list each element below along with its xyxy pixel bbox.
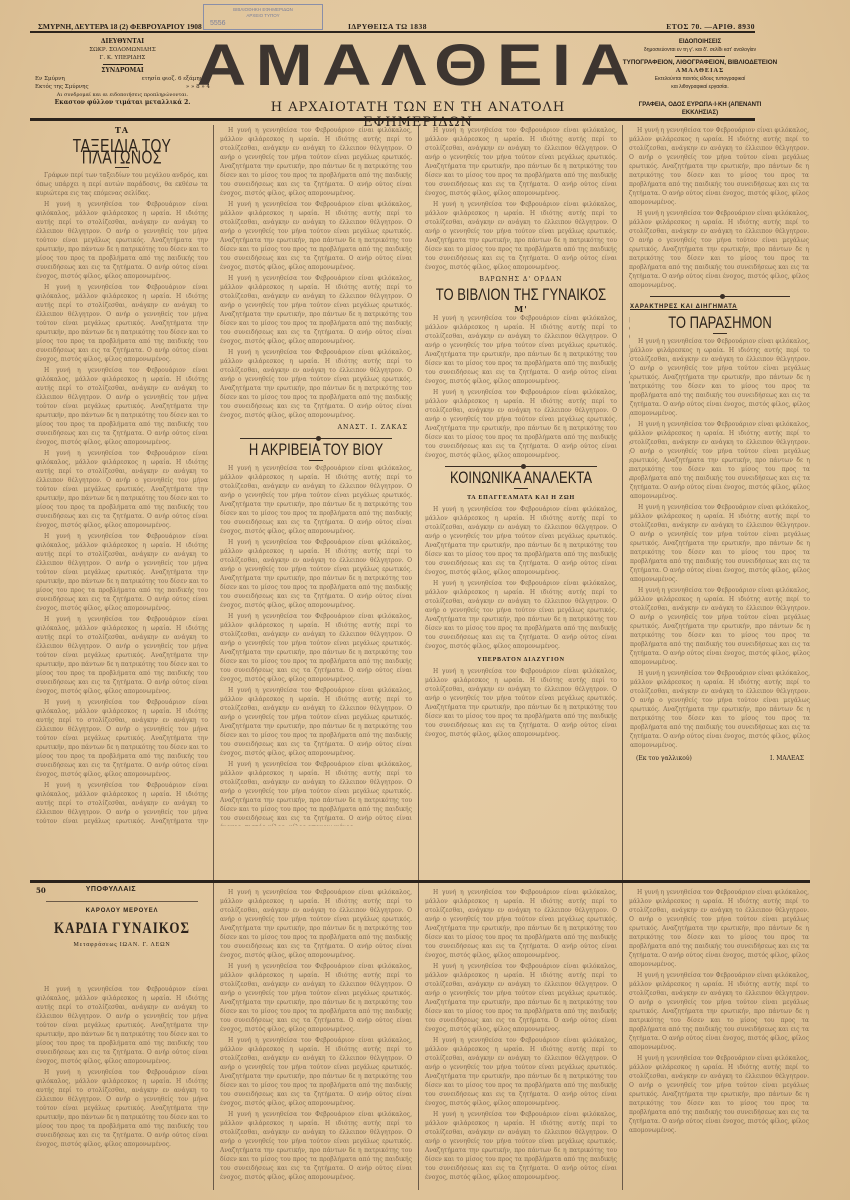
story-author: Ι. ΜΑΛΕΑΣ <box>770 754 804 763</box>
feuilleton-number: 50 <box>36 886 46 895</box>
article-part: Μ' <box>425 305 617 314</box>
column-divider <box>622 125 623 1190</box>
story-source: (Εκ του γαλλικού) <box>636 754 692 763</box>
article-body: Η γυνή η γεννηθείσα τον Φεβρουάριον είνα… <box>220 760 412 826</box>
article-title: ΤΟ ΒΙΒΛΙΟΝ ΤΗΣ ΓΥΝΑΙΚΟΣ <box>425 289 617 300</box>
print-shop-name: ΑΜΑΛΘΕΙΑΣ <box>620 67 780 75</box>
article-body: Η γυνή η γεννηθείσα τον Φεβρουάριον είνα… <box>630 669 810 750</box>
article-title: ΤΟ ΠΑΡΑΣΗΜΟΝ <box>630 317 810 328</box>
column-divider <box>213 125 214 1190</box>
feuilleton-header: 50 ΥΠΟΦΥΛΛΑΙΣ ΚΑΡΟΛΟΥ ΜΕΡΟΥΕΛ ΚΑΡΔΙΑ ΓΥΝ… <box>36 886 208 950</box>
masthead-title-block: ΑΜΑΛΘΕΙΑ Η ΑΡΧΑΙΟΤΑΤΗ ΤΩΝ ΕΝ ΤΗ ΑΝΑΤΟΛΗ … <box>218 38 618 130</box>
section-kicker: ΧΑΡΑΚΤΗΡΕΣ ΚΑΙ ΔΙΗΓΗΜΑΤΑ <box>630 303 810 312</box>
feuilleton-column-1: Η γυνή η γεννηθείσα τον Φεβρουάριον είνα… <box>36 985 208 1185</box>
article-body: Η γυνή η γεννηθείσα τον Φεβρουάριον είνα… <box>36 698 208 779</box>
article-title: Η ΑΚΡΙΒΕΙΑ ΤΟΥ ΒΙΟΥ <box>220 444 412 455</box>
story-footer: (Εκ του γαλλικού) Ι. ΜΑΛΕΑΣ <box>636 754 804 763</box>
article-kicker: ΤΑ <box>36 126 208 135</box>
article-body: Η γυνή η γεννηθείσα τον Φεβρουάριον είνα… <box>36 200 208 281</box>
article-body: Η γυνή η γεννηθείσα τον Φεβρουάριον είνα… <box>630 586 810 667</box>
stamp-line: ΑΡΧΕΙΟ ΤΥΠΟΥ <box>204 13 322 19</box>
article-body: Η γυνή η γεννηθείσα τον Φεβρουάριον είνα… <box>220 348 412 420</box>
article-body: Η γυνή η γεννηθείσα τον Φεβρουάριον είνα… <box>36 615 208 696</box>
article-body: Η γυνή η γεννηθείσα τον Φεβρουάριον είνα… <box>629 209 809 290</box>
article-lead: Γράφων περί των ταξειδίων του μεγάλου αν… <box>36 171 208 198</box>
article-body: Η γυνή η γεννηθείσα τον Φεβρουάριον είνα… <box>425 314 617 386</box>
article-kicker: ΒΑΡΩΝΗΣ Δ' ΟΡΔΑΝ <box>429 275 613 284</box>
issue-price: Εκαστον φύλλον τιμάται μεταλλικά 2. <box>35 99 210 107</box>
article-body: Η γυνή η γεννηθείσα τον Φεβρουάριον είνα… <box>220 464 412 536</box>
article-author: ΑΝΑΣΤ. Ι. ΖΑΚΑΣ <box>224 423 408 432</box>
article-body: Η γυνή η γεννηθείσα τον Φεβρουάριον είνα… <box>630 503 810 584</box>
feuilleton-column-3: Η γυνή η γεννηθείσα τον Φεβρουάριον είνα… <box>425 888 617 1186</box>
feuilleton-column-4: Η γυνή η γεννηθείσα τον Φεβρουάριον είνα… <box>629 888 809 1143</box>
parasimon-story: ΧΑΡΑΚΤΗΡΕΣ ΚΑΙ ΔΙΗΓΗΜΑΤΑ ΤΟ ΠΑΡΑΣΗΜΟΝ Η … <box>630 290 810 880</box>
notices-label: ΕΙΔΟΠΟΙΗΣΕΙΣ <box>620 38 780 46</box>
article-body: Η γυνή η γεννηθείσα τον Φεβρουάριον είνα… <box>425 126 617 198</box>
section-subhead: ΤΑ ΕΠΑΓΓΕΛΜΑΤΑ ΚΑΙ Η ΖΩΗ <box>425 494 617 503</box>
article-body: Η γυνή η γεννηθείσα τον Φεβρουάριον είνα… <box>425 388 617 460</box>
article-body: Η γυνή η γεννηθείσα τον Φεβρουάριον είνα… <box>36 532 208 613</box>
feuilleton-label: ΥΠΟΦΥΛΛΑΙΣ <box>86 886 136 895</box>
masthead-right-box: ΕΙΔΟΠΟΙΗΣΕΙΣ δημοσιεύονται εν τη γ'. και… <box>620 38 780 117</box>
article-title: ΤΑΞΕΙΔΙΑ ΤΟΥ ΠΛΑΤΩΝΟΣ <box>36 140 208 163</box>
article-body: Η γυνή η γεννηθείσα τον Φεβρουάριον είνα… <box>220 686 412 758</box>
article-body: Η γυνή η γεννηθείσα τον Φεβρουάριον είνα… <box>630 337 810 418</box>
article-body: Η γυνή η γεννηθείσα τον Φεβρουάριον είνα… <box>36 449 208 530</box>
article-body: Η γυνή η γεννηθείσα τον Φεβρουάριον είνα… <box>36 366 208 447</box>
issue-number: ΕΤΟΣ 70. —ΑΡΙΘ. 8930 <box>666 22 755 31</box>
article-body: Η γυνή η γεννηθείσα τον Φεβρουάριον είνα… <box>425 200 617 272</box>
feuilleton-title: ΚΑΡΔΙΑ ΓΥΝΑΙΚΟΣ <box>36 918 208 938</box>
section-title: ΚΟΙΝΩΝΙΚΑ ΑΝΑΛΕΚΤΑ <box>425 472 617 483</box>
article-body: Η γυνή η γεννηθείσα τον Φεβρουάριον είνα… <box>630 420 810 501</box>
section-subhead: ΥΠΕΡΒΑΤΟΝ ΔΙΑΖΥΓΙΟΝ <box>425 656 617 665</box>
print-shop-text: Εκτελούνται παντός είδους τυπογραφικαί <box>620 75 780 83</box>
library-stamp: ΒΙΒΛΙΟΘΗΚΗ ΕΦΗΜΕΡΙΔΩΝ ΑΡΧΕΙΟ ΤΥΠΟΥ 5556 <box>203 4 323 30</box>
article-body: Η γυνή η γεννηθείσα τον Φεβρουάριον είνα… <box>36 781 208 826</box>
dateline: ΣΜΥΡΝΗ, ΔΕΥΤΕΡΑ 18 (2) ΦΕΒΡΟΥΑΡΙΟΥ 1908 <box>38 22 202 31</box>
newspaper-title: ΑΜΑΛΘΕΙΑ <box>182 38 654 94</box>
feuilleton-column-2: Η γυνή η γεννηθείσα τον Φεβρουάριον είνα… <box>220 888 412 1186</box>
article-body: Η γυνή η γεννηθείσα τον Φεβρουάριον είνα… <box>220 126 412 198</box>
column-divider <box>418 125 419 1190</box>
masthead-bottom-rule <box>30 118 755 121</box>
article-body: Η γυνή η γεννηθείσα τον Φεβρουάριον είνα… <box>220 538 412 610</box>
article-body: Η γυνή η γεννηθείσα τον Φεβρουάριον είνα… <box>629 126 809 207</box>
article-body: Η γυνή η γεννηθείσα τον Φεβρουάριον είνα… <box>425 579 617 651</box>
column-2: Η γυνή η γεννηθείσα τον Φεβρουάριον είνα… <box>220 126 412 826</box>
stamp-number: 5556 <box>210 21 226 27</box>
offices-address: ΓΡΑΦΕΙΑ, ΟΔΟΣ ΕΥΡΩΠΑ·Ι·ΚΗ (ΑΠΕΝΑΝΤΙ ΕΚΚΛ… <box>620 101 780 117</box>
article-body: Η γυνή η γεννηθείσα τον Φεβρουάριον είνα… <box>425 667 617 739</box>
print-shop-label: ΤΥΠΟΓΡΑΦΕΙΟΝ, ΛΙΘΟΓΡΑΦΕΙΟΝ, ΒΙΒΛΙΟΔΕΤΕΙΟ… <box>620 59 780 67</box>
print-shop-text: και λιθογραφικαί εργασίαι. <box>620 83 780 91</box>
article-body: Η γυνή η γεννηθείσα τον Φεβρουάριον είνα… <box>36 283 208 364</box>
article-body: Η γυνή η γεννηθείσα τον Φεβρουάριον είνα… <box>220 612 412 684</box>
article-body: Η γυνή η γεννηθείσα τον Φεβρουάριον είνα… <box>220 200 412 272</box>
founded-line: ΙΔΡΥΘΕΙΣΑ ΤΩ 1838 <box>348 22 427 31</box>
column-1: ΤΑ ΤΑΞΕΙΔΙΑ ΤΟΥ ΠΛΑΤΩΝΟΣ Γράφων περί των… <box>36 126 208 826</box>
column-3: Η γυνή η γεννηθείσα τον Φεβρουάριον είνα… <box>425 126 617 826</box>
feuilleton-author: ΚΑΡΟΛΟΥ ΜΕΡΟΥΕΛ <box>36 908 208 914</box>
newspaper-page: ΣΜΥΡΝΗ, ΔΕΥΤΕΡΑ 18 (2) ΦΕΒΡΟΥΑΡΙΟΥ 1908 … <box>0 0 850 1200</box>
notices-text: δημοσιεύονται εν τη γ'. και δ'. σελίδι κ… <box>620 46 780 54</box>
article-body: Η γυνή η γεννηθείσα τον Φεβρουάριον είνα… <box>425 505 617 577</box>
feuilleton-rule <box>30 880 810 883</box>
article-body: Η γυνή η γεννηθείσα τον Φεβρουάριον είνα… <box>220 274 412 346</box>
feuilleton-translator: Μεταφράσεως ΙΩΑΝ. Γ. ΛΕΩΝ <box>36 942 208 948</box>
